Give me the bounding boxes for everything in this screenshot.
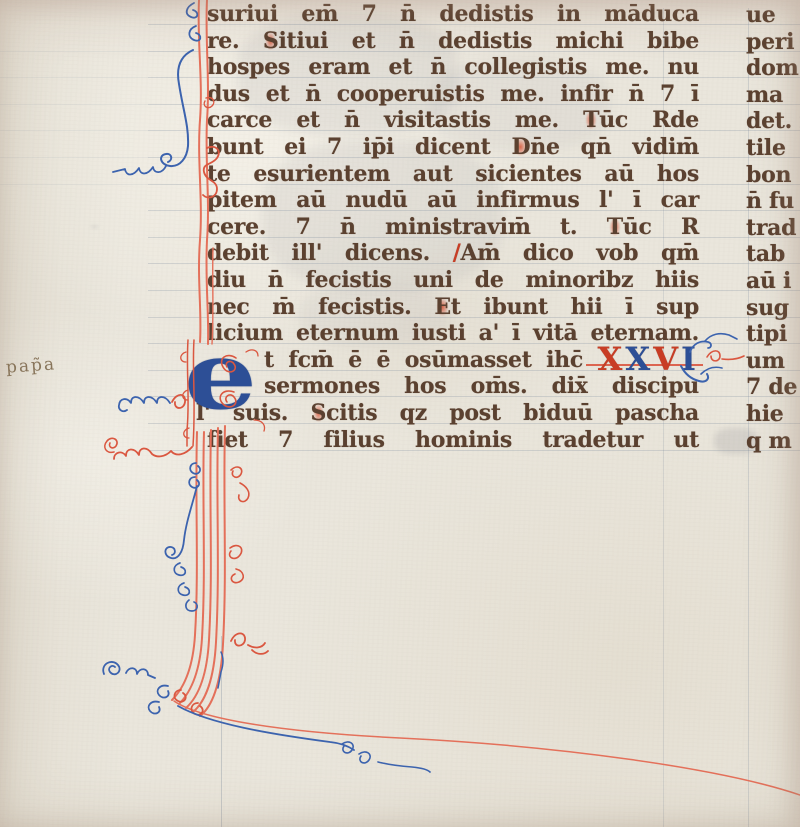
text-line-fragment: aū i — [746, 268, 800, 295]
chapter-number-letter: I — [681, 340, 699, 378]
text-line: t fcm̄ ē ē osūmasset ihc̄ XXVI — [207, 347, 699, 374]
chapter-number: XXVI — [598, 349, 699, 369]
text-line-fragment: um — [746, 348, 800, 375]
text-segment: debit ill' dicens. — [207, 240, 453, 266]
text-line-fragment: ma — [746, 82, 800, 109]
text-segment: Am̄ dico vob qm̄ — [460, 240, 699, 266]
text-line-fragment: peri — [746, 29, 800, 56]
rubricated-capital: D — [511, 134, 530, 160]
text-column-main: suriui em̄ 7 n̄ dedistis in māducare. Si… — [207, 1, 699, 453]
text-line: carce et n̄ visitastis me. Tūc Rde — [207, 107, 699, 134]
text-segment: nec m̄ fecistis. — [207, 294, 434, 320]
text-segment: sermones hos om̄s. dix̄ discipu — [264, 373, 699, 399]
text-line: debit ill' dicens. /Am̄ dico vob qm̄ — [207, 240, 699, 267]
text-column-right-fragments: ueperidommadet. ftilebonn̄ futradtabaū i… — [746, 2, 800, 454]
text-segment: bunt ei 7 ip̄i dicent — [207, 134, 511, 160]
text-segment: n̄e qn̄ vidim̄ — [530, 134, 699, 160]
text-line: te esurientem aut sicientes aū hos — [207, 161, 699, 188]
text-line-fragment: 7 de — [746, 374, 800, 401]
text-segment: ūc R — [623, 214, 699, 240]
text-segment: te esurientem aut sicientes aū hos — [207, 161, 699, 187]
text-line-fragment: hie — [746, 401, 800, 428]
text-segment: itiui et n̄ dedistis michi bibe — [278, 28, 699, 54]
text-line-fragment: tab — [746, 241, 800, 268]
text-line-fragment: n̄ fu — [746, 188, 800, 215]
text-line-fragment: sug — [746, 295, 800, 322]
text-line: pitem aū nudū aū infirmus l' ī car — [207, 187, 699, 214]
text-segment: pitem aū nudū aū infirmus l' ī car — [207, 187, 699, 213]
text-segment: hospes eram et n̄ collegistis me. nu — [207, 54, 699, 80]
text-line-fragment: dom — [746, 55, 800, 82]
rubricated-capital: T — [607, 214, 623, 240]
manuscript-page: ~ suriui em̄ 7 n̄ dedistis in māducare. … — [0, 0, 800, 827]
text-line-fragment: det. f — [746, 108, 800, 135]
text-segment: re. — [207, 28, 263, 54]
text-segment: dus et n̄ cooperuistis me. infir n̄ 7 ī — [207, 81, 699, 107]
rubricated-capital: S — [311, 400, 327, 426]
chapter-number-letter: V — [653, 340, 681, 378]
text-line: sermones hos om̄s. dix̄ discipu — [207, 373, 699, 400]
margin-note: pap̃a — [5, 354, 56, 377]
text-line: suriui em̄ 7 n̄ dedistis in māduca — [207, 1, 699, 28]
text-segment: carce et n̄ visitastis me. — [207, 107, 583, 133]
rubricated-capital: T — [583, 107, 599, 133]
rubricated-capital: S — [263, 28, 279, 54]
text-segment: cere. 7 n̄ ministravim̄ t. — [207, 214, 607, 240]
text-line: bunt ei 7 ip̄i dicent Dn̄e qn̄ vidim̄ — [207, 134, 699, 161]
text-line-fragment: ue — [746, 2, 800, 29]
text-segment: ūc Rde — [599, 107, 699, 133]
text-segment: suriui em̄ 7 n̄ dedistis in māduca — [207, 1, 699, 27]
text-segment: fiet 7 filius hominis tradetur ut — [207, 427, 699, 453]
text-line-fragment: bon — [746, 162, 800, 189]
text-line: hospes eram et n̄ collegistis me. nu — [207, 54, 699, 81]
text-line: fiet 7 filius hominis tradetur ut — [207, 427, 699, 454]
text-line: cere. 7 n̄ ministravim̄ t. Tūc R — [207, 214, 699, 241]
rubricated-capital: E — [434, 294, 450, 320]
text-segment: diu n̄ fecistis uni de minoribz hiis — [207, 267, 699, 293]
text-line: l' suis. Scitis qz post biduū pascha — [196, 400, 699, 427]
vertical-ruling — [221, 636, 222, 827]
text-line: dus et n̄ cooperuistis me. infir n̄ 7 ī — [207, 81, 699, 108]
chapter-number-letter: X — [598, 340, 626, 378]
text-line: nec m̄ fecistis. Et ibunt hii ī sup — [207, 294, 699, 321]
text-line-fragment: tipi — [746, 321, 800, 348]
text-segment: t ibunt hii ī sup — [451, 294, 699, 320]
text-line: diu n̄ fecistis uni de minoribz hiis — [207, 267, 699, 294]
text-line: re. Sitiui et n̄ dedistis michi bibe — [207, 28, 699, 55]
illuminated-initial: E — [184, 329, 257, 423]
text-line-fragment: tile — [746, 135, 800, 162]
text-line-fragment: q m — [746, 428, 800, 455]
text-segment: citis qz post biduū pascha — [326, 400, 699, 426]
chapter-number-letter: X — [625, 340, 653, 378]
text-segment: t fcm̄ ē ē osūmasset ihc̄ — [264, 347, 598, 373]
text-line-fragment: trad — [746, 215, 800, 242]
